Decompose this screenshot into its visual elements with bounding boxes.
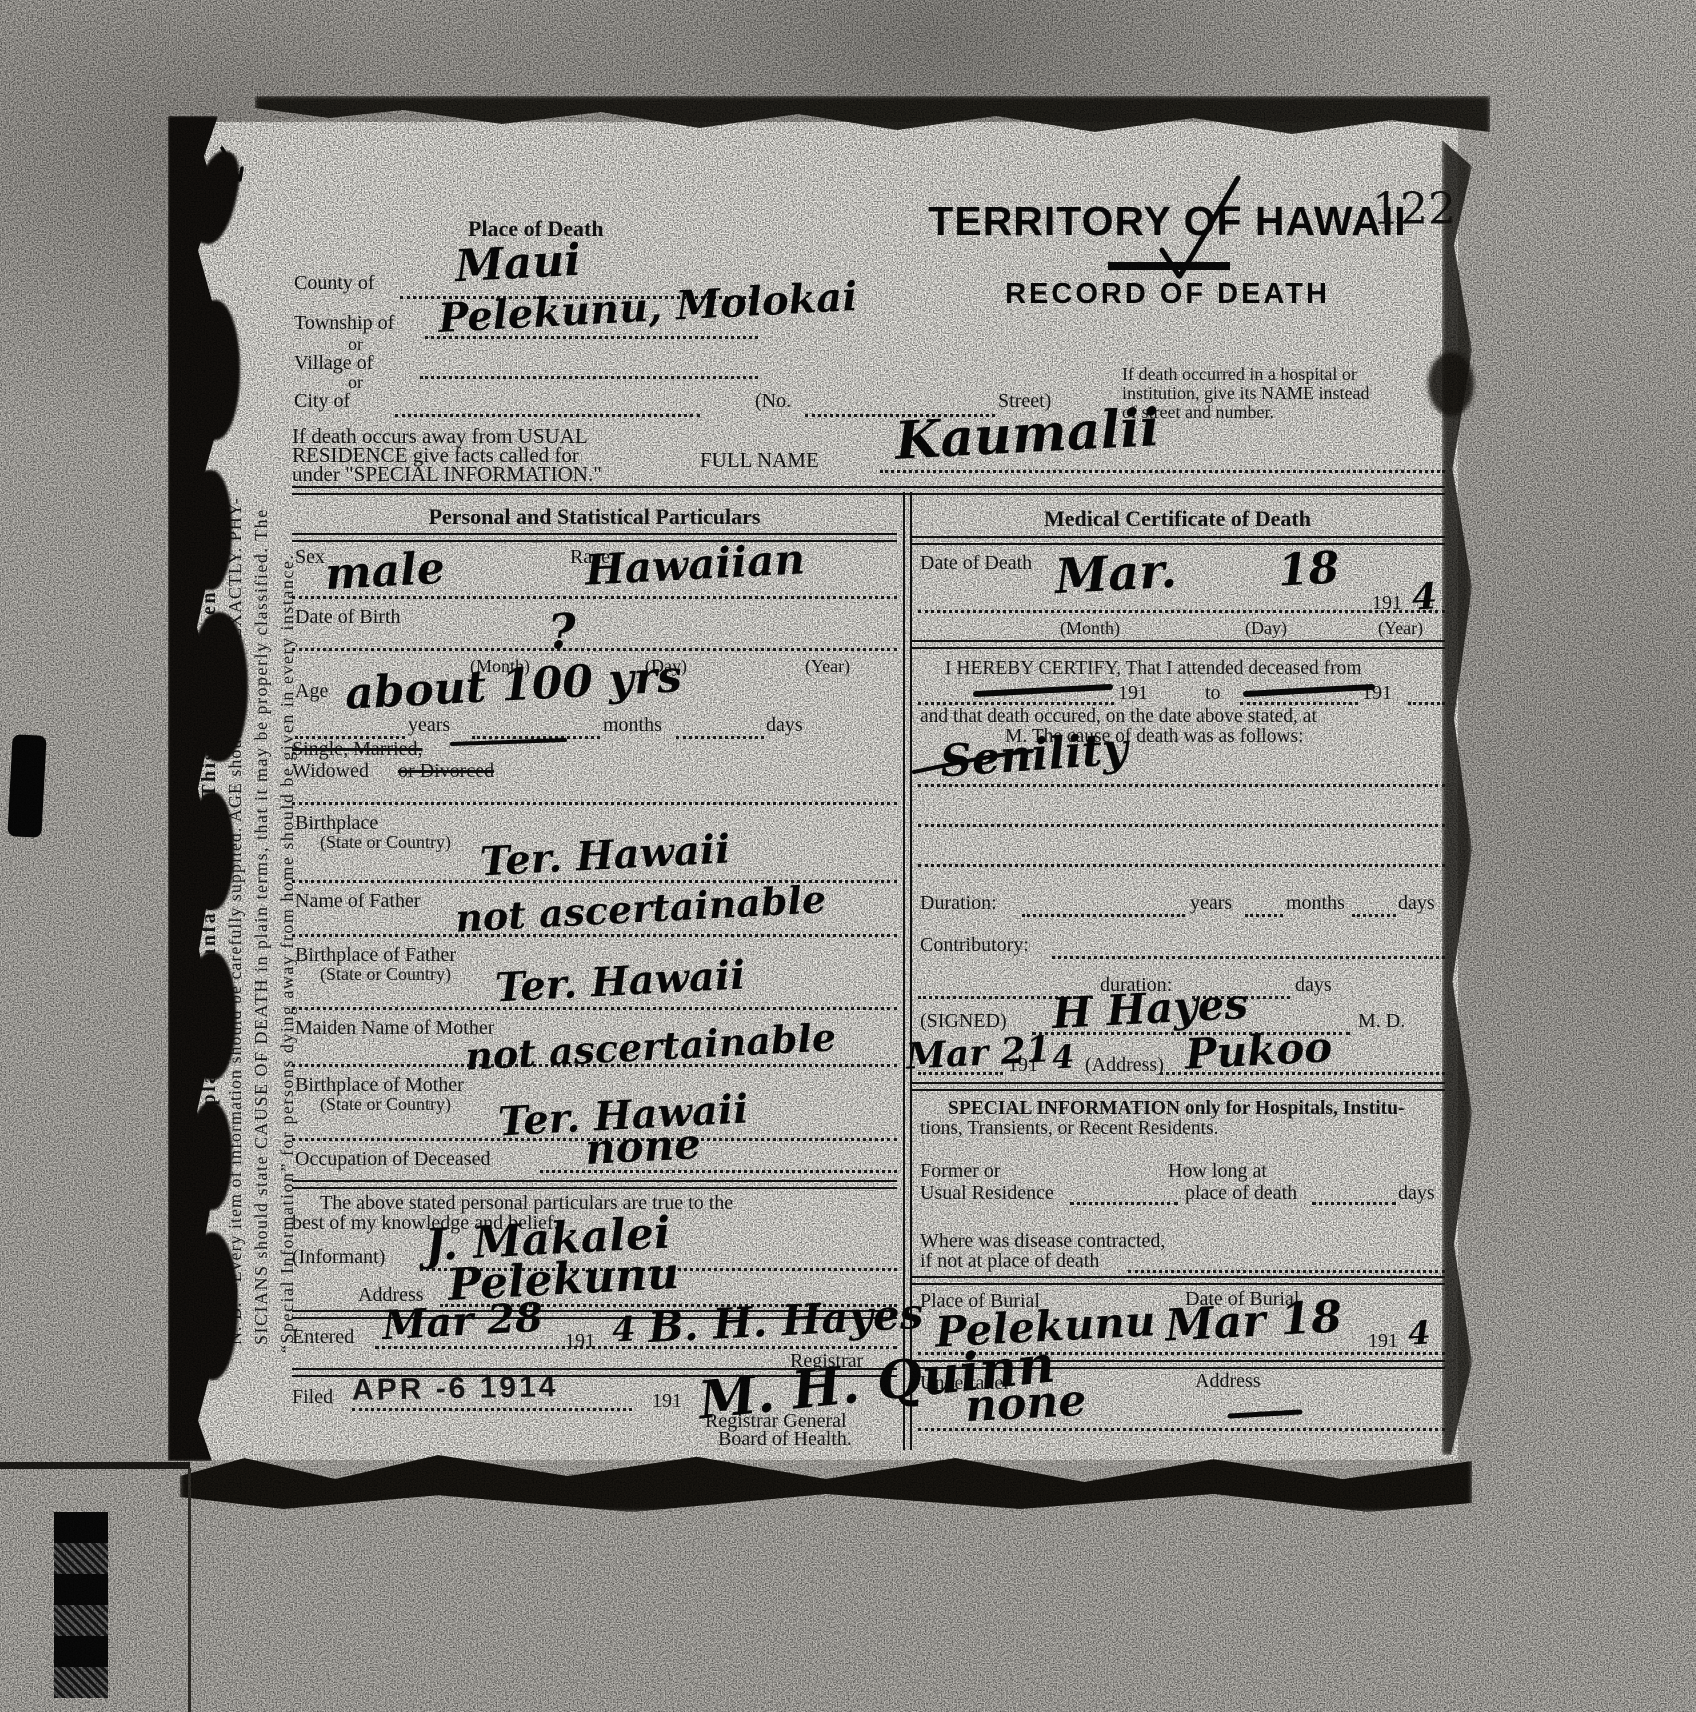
- bottom-shadow-band: [180, 1452, 1472, 1512]
- dob-label: Date of Birth: [295, 606, 401, 629]
- attended-year1: 191: [1118, 682, 1148, 705]
- bottom-left-edge-line: [0, 1462, 190, 1469]
- duration-days-label: days: [1398, 892, 1435, 915]
- dob-year-caption: (Year): [805, 656, 850, 677]
- signed-rule: [912, 1082, 1445, 1091]
- torn-blob-2: [190, 300, 240, 440]
- father-name-dotted-line: [292, 932, 897, 937]
- duration-months-label: months: [1286, 892, 1345, 915]
- calibration-cell-4: [54, 1605, 108, 1636]
- date-of-death-label: Date of Death: [920, 552, 1032, 575]
- hospital-note-line2: institution, give its NAME instead: [1122, 383, 1370, 404]
- marital-struck-divorced: or Divorced: [398, 760, 494, 783]
- duration2-days-label: days: [1295, 974, 1332, 997]
- calibration-cell-5: [54, 1636, 108, 1667]
- dod-month-caption: (Month): [1060, 618, 1120, 639]
- marital-dotted-line: [292, 800, 897, 805]
- or-label-2: or: [348, 372, 363, 393]
- date-of-death-day: 18: [1277, 542, 1341, 596]
- territory-underline: [1108, 262, 1230, 270]
- calibration-strip: [54, 1512, 108, 1698]
- contracted-line2: if not at place of death: [920, 1250, 1099, 1273]
- father-birthplace-dotted-line: [292, 1005, 897, 1010]
- howlong-dotted: [1312, 1200, 1396, 1205]
- md-label: M. D.: [1358, 1010, 1405, 1033]
- age-months-label: months: [603, 714, 662, 737]
- filed-dotted-line: [352, 1406, 632, 1411]
- entered-date-value: Mar 28: [381, 1294, 544, 1349]
- personal-title-rule: [292, 533, 897, 542]
- dod-rule: [912, 640, 1445, 649]
- age-dotted-3: [676, 734, 764, 739]
- contracted-dotted: [1128, 1268, 1445, 1273]
- torn-blob-7: [190, 1102, 232, 1210]
- medical-title-rule: [912, 536, 1445, 545]
- signed-label: (SIGNED): [920, 1010, 1007, 1033]
- attended-dotted-1: [918, 700, 1114, 705]
- attended-dotted-3: [1408, 700, 1445, 705]
- county-label: County of: [294, 272, 375, 295]
- dod-year-caption: (Year): [1378, 618, 1423, 639]
- filed-label: Filed: [292, 1386, 333, 1409]
- date-of-death-month: Mar.: [1054, 543, 1179, 605]
- medical-title: Medical Certificate of Death: [915, 506, 1440, 532]
- village-dotted-line: [420, 374, 758, 379]
- howlong-days-label: days: [1398, 1182, 1435, 1205]
- margin-note-physicians: SICIANS should state CAUSE OF DEATH in p…: [251, 295, 272, 1345]
- age-years-label: years: [408, 714, 450, 737]
- special-info-line2: tions, Transients, or Recent Residents.: [920, 1118, 1218, 1140]
- entered-dotted-line: [375, 1344, 897, 1349]
- burial-year-digit: 4: [1407, 1313, 1431, 1352]
- hospital-note-line1: If death occurred in a hospital or: [1122, 364, 1357, 385]
- dob-dotted-line: [292, 646, 897, 651]
- mother-name-dotted-line: [292, 1062, 897, 1067]
- film-edge-line: [188, 1468, 191, 1712]
- city-dotted-line: [395, 412, 700, 417]
- board-of-health-caption: Board of Health.: [718, 1428, 852, 1451]
- scanned-death-certificate: Write plainly, with unfading ink—This is…: [0, 0, 1696, 1712]
- marital-struck-single-married: Single, Married,: [292, 738, 423, 761]
- torn-blob-8: [186, 1232, 238, 1380]
- dob-value: ?: [547, 603, 578, 660]
- duration-dotted-3: [1352, 912, 1396, 917]
- occupation-dotted-line: [540, 1168, 897, 1173]
- torn-blob-4: [190, 612, 248, 762]
- date-of-death-dotted-line: [918, 608, 1445, 613]
- attended-to-label: to: [1205, 682, 1221, 705]
- filed-date-stamp: APR -6 1914: [352, 1370, 559, 1408]
- record-title: RECORD OF DEATH: [895, 278, 1440, 311]
- street-no-label: (No.: [755, 390, 791, 413]
- attended-year2: 191: [1362, 682, 1392, 705]
- contributory-dotted-line: [1052, 954, 1445, 959]
- informant-label: (Informant): [292, 1246, 385, 1269]
- cause-dotted-line-3: [918, 862, 1445, 867]
- city-label: City of: [294, 390, 350, 413]
- full-name-label: FULL NAME: [700, 448, 819, 473]
- place-of-death-small-label: place of death: [1185, 1182, 1297, 1205]
- attended-dotted-2: [1240, 700, 1358, 705]
- signed-year-digit: 4: [1051, 1037, 1075, 1076]
- header-divider-rule: [292, 486, 1445, 495]
- dod-day-caption: (Day): [1245, 618, 1287, 639]
- burial-date-value: Mar 18: [1164, 1291, 1343, 1351]
- cause-dotted-line-1: [918, 782, 1445, 787]
- entered-label: Entered: [292, 1326, 354, 1349]
- occupation-label: Occupation of Deceased: [295, 1148, 490, 1171]
- duration-label: Duration:: [920, 892, 997, 915]
- sex-label: Sex: [295, 546, 325, 569]
- birthplace-state-caption: (State or Country): [320, 832, 451, 853]
- age-label: Age: [295, 680, 328, 703]
- usual-residence-label: Usual Residence: [920, 1182, 1054, 1205]
- calibration-cell-1: [54, 1512, 108, 1543]
- cause-dotted-line-2: [918, 822, 1445, 827]
- undertaker-dotted: [918, 1426, 1445, 1431]
- certify-line: I HEREBY CERTIFY, That I attended deceas…: [945, 658, 1362, 680]
- occupation-value: none: [584, 1119, 702, 1174]
- mother-birthplace-caption: (State or Country): [320, 1094, 451, 1115]
- left-edge-black-tab: [7, 734, 46, 838]
- father-birthplace-caption: (State or Country): [320, 964, 451, 985]
- torn-blob-3: [188, 470, 232, 590]
- duration-years-label: years: [1190, 892, 1232, 915]
- territory-title: TERRITORY OF HAWAII: [895, 198, 1440, 245]
- full-name-dotted-line: [880, 468, 1445, 473]
- duration-dotted-2: [1245, 912, 1283, 917]
- township-label: Township of: [294, 312, 394, 335]
- contracted-rule: [912, 1276, 1445, 1285]
- special-info-line1: SPECIAL INFORMATION only for Hospitals, …: [948, 1098, 1405, 1120]
- undertaker-address-label: Address: [1195, 1370, 1261, 1393]
- calibration-cell-2: [54, 1543, 108, 1574]
- signed-date-value: Mar 21: [905, 1028, 1052, 1078]
- right-shadow-blob: [1428, 352, 1474, 416]
- duration-dotted-1: [1022, 912, 1185, 917]
- torn-blob-5: [190, 792, 234, 910]
- usual-residence-dotted: [1070, 1200, 1178, 1205]
- father-name-label: Name of Father: [295, 890, 421, 913]
- howlong-label: How long at: [1168, 1160, 1267, 1183]
- marital-widowed: Widowed: [292, 760, 369, 783]
- calibration-cell-6: [54, 1667, 108, 1698]
- contributory-label: Contributory:: [920, 934, 1029, 957]
- sex-race-dotted-line: [292, 594, 897, 599]
- residence-note-line3: under "SPECIAL INFORMATION.": [292, 462, 602, 487]
- occupation-rule: [292, 1180, 897, 1189]
- age-dotted-2: [472, 734, 600, 739]
- age-days-label: days: [766, 714, 803, 737]
- entered-year-printed: 191: [565, 1330, 595, 1353]
- county-value: Maui: [454, 235, 582, 293]
- calibration-cell-3: [54, 1574, 108, 1605]
- personal-title: Personal and Statistical Particulars: [292, 504, 897, 530]
- filed-year-printed: 191: [652, 1390, 682, 1413]
- former-label: Former or: [920, 1160, 1001, 1183]
- sex-value: male: [324, 543, 446, 600]
- signed-address-dotted: [1160, 1070, 1445, 1075]
- torn-blob-6: [188, 952, 236, 1080]
- signed-address-label: (Address): [1085, 1054, 1164, 1077]
